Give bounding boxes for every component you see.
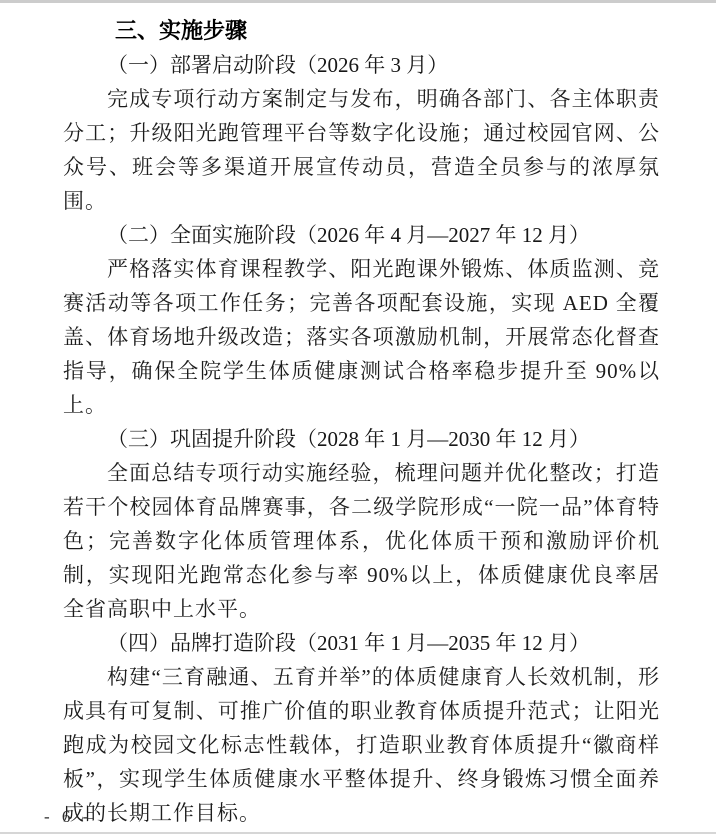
page-edge-top: [0, 0, 716, 3]
document-page: 三、实施步骤 （一）部署启动阶段（2026 年 3 月） 完成专项行动方案制定与…: [0, 0, 716, 834]
page-number: - 6 -: [44, 806, 92, 828]
document-body: 三、实施步骤 （一）部署启动阶段（2026 年 3 月） 完成专项行动方案制定与…: [63, 14, 660, 830]
stage-paragraph-branding: 构建“三育融通、五育并举”的体质健康育人长效机制，形成具有可复制、可推广价值的职…: [63, 660, 660, 830]
stage-heading-branding: （四）品牌打造阶段（2031 年 1 月—2035 年 12 月）: [63, 626, 660, 660]
stage-heading-implementation: （二）全面实施阶段（2026 年 4 月—2027 年 12 月）: [63, 218, 660, 252]
stage-heading-consolidation: （三）巩固提升阶段（2028 年 1 月—2030 年 12 月）: [63, 422, 660, 456]
stage-paragraph-implementation: 严格落实体育课程教学、阳光跑课外锻炼、体质监测、竞赛活动等各项工作任务；完善各项…: [63, 252, 660, 422]
stage-heading-deployment: （一）部署启动阶段（2026 年 3 月）: [63, 48, 660, 82]
stage-paragraph-consolidation: 全面总结专项行动实施经验，梳理问题并优化整改；打造若干个校园体育品牌赛事，各二级…: [63, 456, 660, 626]
stage-paragraph-deployment: 完成专项行动方案制定与发布，明确各部门、各主体职责分工；升级阳光跑管理平台等数字…: [63, 82, 660, 218]
section-title: 三、实施步骤: [63, 14, 660, 48]
